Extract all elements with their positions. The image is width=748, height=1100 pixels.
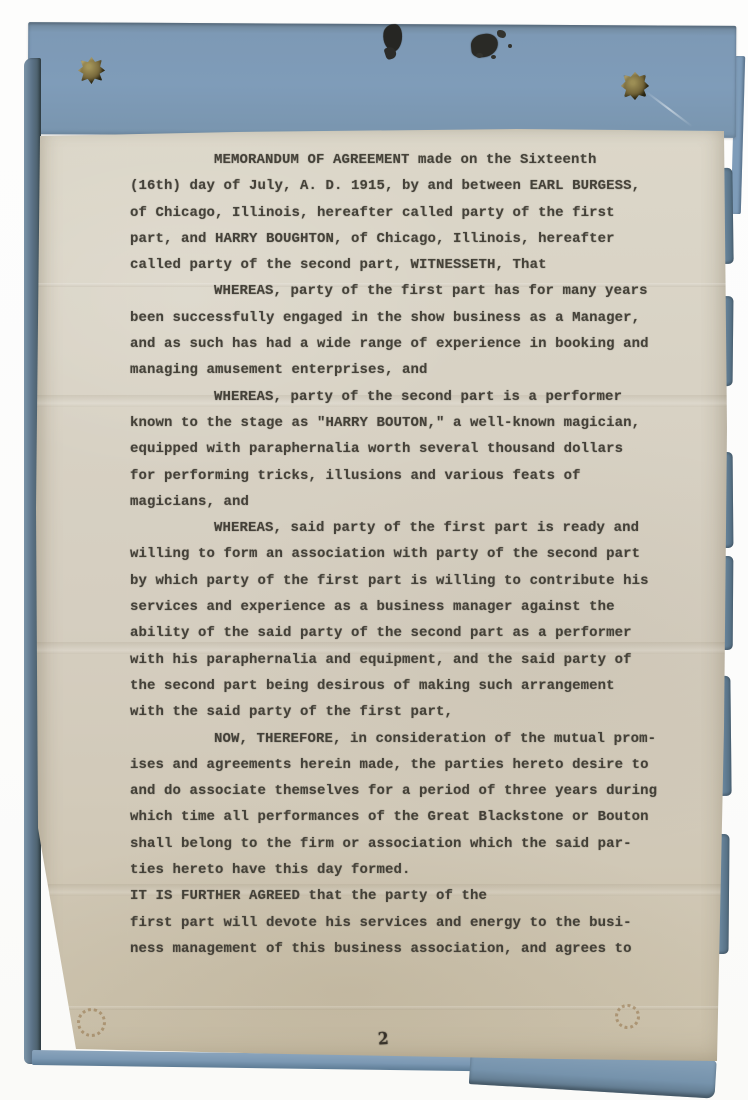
document-line: WHEREAS, party of the second part is a p… [130,384,670,410]
brass-fastener-icon [621,72,649,100]
document-line: services and experience as a business ma… [130,594,670,620]
document-line: ties hereto have this day formed. [130,857,670,883]
document-line: magicians, and [130,489,670,515]
document-line: managing amusement enterprises, and [130,357,670,383]
document-line: part, and HARRY BOUGHTON, of Chicago, Il… [130,226,670,252]
document-line: shall belong to the firm or association … [130,831,670,857]
document-line: IT IS FURTHER AGREED that the party of t… [130,883,670,909]
document-line: the second part being desirous of making… [130,673,670,699]
document-line: for performing tricks, illusions and var… [130,463,670,489]
document-line: ability of the said party of the second … [130,620,670,646]
document-line: ises and agreements herein made, the par… [130,752,670,778]
paper-sheet: MEMORANDUM OF AGREEMENT made on the Sixt… [36,128,728,1066]
document-line: WHEREAS, party of the first part has for… [130,278,670,304]
ink-speck-icon [491,55,496,59]
document-line: and as such has had a wide range of expe… [130,331,670,357]
document-line: (16th) day of July, A. D. 1915, by and b… [130,173,670,199]
document-line: with his paraphernalia and equipment, an… [130,647,670,673]
document-line: ness management of this business associa… [130,936,670,962]
ink-speck-icon [508,44,512,48]
document-line: WHEREAS, said party of the first part is… [130,515,670,541]
page-number-smudge: 2 [377,1028,398,1053]
document-line: and do associate themselves for a period… [130,778,670,804]
document-line: by which party of the first part is will… [130,568,670,594]
document-line: called party of the second part, WITNESS… [130,252,670,278]
document-line: equipped with paraphernalia worth severa… [130,436,670,462]
document-line: been successfully engaged in the show bu… [130,305,670,331]
rust-ring-stain-right [610,999,644,1033]
ink-speck-icon [497,30,506,38]
rust-ring-stain-left [74,1005,108,1039]
brass-fastener-icon [78,57,105,84]
document-text: MEMORANDUM OF AGREEMENT made on the Sixt… [130,147,670,962]
document-line: of Chicago, Illinois, hereafter called p… [130,200,670,226]
ink-speck-icon [476,53,483,58]
document-line: with the said party of the first part, [130,699,670,725]
document-line: NOW, THEREFORE, in consideration of the … [130,726,670,752]
document-line: first part will devote his services and … [130,910,670,936]
scanned-document-photo: MEMORANDUM OF AGREEMENT made on the Sixt… [0,0,748,1100]
document-line: known to the stage as "HARRY BOUTON," a … [130,410,670,436]
document-line: willing to form an association with part… [130,541,670,567]
document-line: MEMORANDUM OF AGREEMENT made on the Sixt… [130,147,670,173]
document-line: which time all performances of the Great… [130,804,670,830]
